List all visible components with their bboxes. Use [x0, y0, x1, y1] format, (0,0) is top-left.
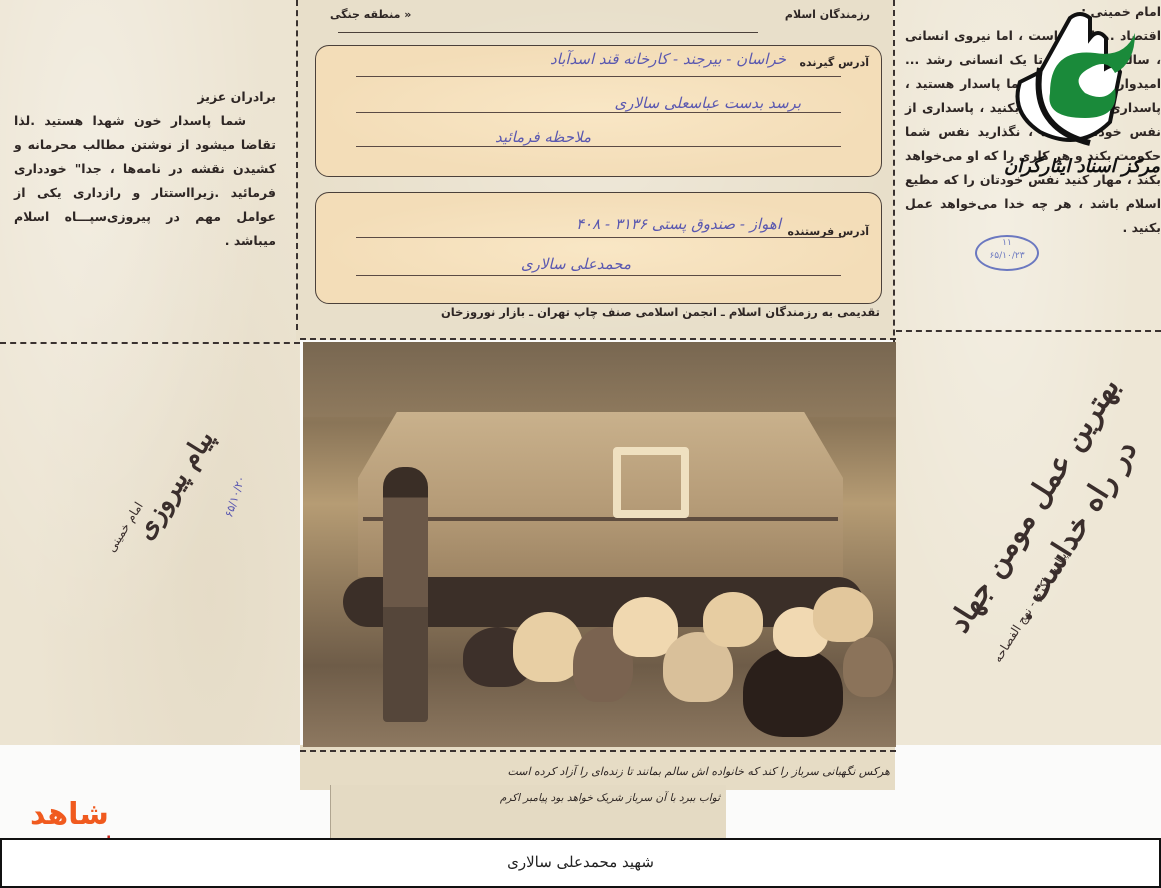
missing-paper-area-right	[895, 745, 1161, 838]
praying-fighters	[463, 587, 893, 737]
postal-stamp: ۱۱ ۶۵/۱۰/۲۳	[975, 235, 1039, 271]
sender-line-2: محمدعلی سالاری	[521, 255, 631, 273]
notice-heading: برادران عزیز	[14, 85, 276, 109]
caption-bar: شهید محمدعلی سالاری	[0, 838, 1161, 888]
hand-dove-icon	[1010, 8, 1160, 158]
address-rule	[356, 275, 841, 276]
address-rule	[356, 76, 841, 77]
isar-documents-logo: مرکز اسناد ایثارگران	[1010, 8, 1160, 188]
security-notice: برادران عزیز شما پاسدار خون شهدا هستید .…	[14, 85, 276, 253]
armored-vehicle	[358, 412, 843, 577]
fold-line-bottom	[300, 750, 896, 752]
scanned-document: برادران عزیز شما پاسدار خون شهدا هستید .…	[0, 0, 1161, 838]
photo-caption-line-2: ثواب ببرد با آن سرباز شریک خواهد بود پیا…	[430, 792, 720, 804]
recipient-line-2: برسد بدست عباسعلی سالاری	[614, 94, 801, 112]
fold-line-horizontal-right	[896, 330, 1161, 332]
recipient-label: آدرس گیرنده	[800, 56, 869, 69]
address-rule	[356, 237, 841, 238]
print-dedication: تقدیمی به رزمندگان اسلام ـ انجمن اسلامی …	[300, 305, 880, 319]
notice-body: شما پاسدار خون شهدا هستید .لذا تقاضا میش…	[14, 109, 276, 253]
isar-logo-wordmark: مرکز اسناد ایثارگران	[1010, 156, 1160, 177]
photo-caption-line-1: هرکس نگهبانی سرباز را کند که خانواده اش …	[330, 765, 890, 778]
sender-address-box: آدرس فرستنده اهواز - صندوق پستی ۳۱۳۶ - ۴…	[315, 192, 882, 304]
fold-line-horizontal-center	[300, 338, 896, 340]
address-rule	[356, 146, 841, 147]
fold-line-horizontal-left	[0, 342, 300, 344]
recipient-line-3: ملاحظه فرمائید	[495, 128, 591, 146]
newspaper-photo	[303, 342, 896, 747]
address-rule	[356, 112, 841, 113]
recipient-line-1: خراسان - بیرجند - کارخانه قند اسدآباد	[550, 50, 786, 68]
standing-soldier	[383, 467, 428, 722]
martyr-name: شهید محمدعلی سالاری	[2, 853, 1159, 871]
header-rule	[338, 32, 758, 33]
fold-line-left	[296, 0, 298, 330]
recipient-org: رزمندگان اسلام	[640, 8, 870, 21]
recipient-address-box: آدرس گیرنده خراسان - بیرجند - کارخانه قن…	[315, 45, 882, 177]
war-zone-label: « منطقه جنگی	[330, 8, 411, 21]
sender-line-1: اهواز - صندوق پستی ۳۱۳۶ - ۴۰۸	[576, 215, 781, 233]
